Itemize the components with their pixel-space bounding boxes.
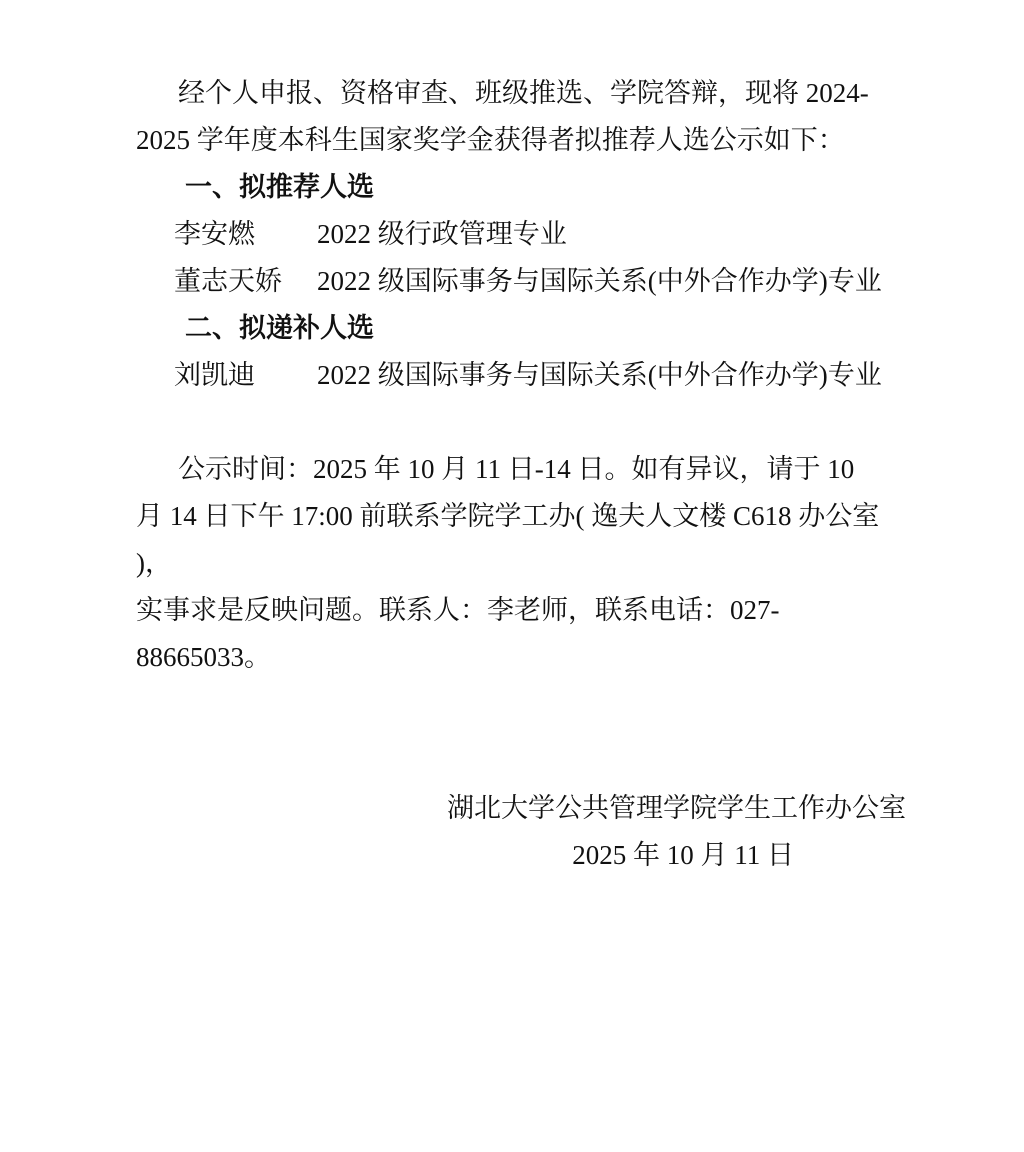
- signature-organization: 湖北大学公共管理学院学生工作办公室: [136, 785, 906, 832]
- signature-block: 湖北大学公共管理学院学生工作办公室 2025 年 10 月 11 日: [136, 785, 906, 879]
- notice-line-3: 实事求是反映问题。联系人：李老师，联系电话：027-88665033。: [136, 587, 906, 681]
- document-page: 经个人申报、资格审查、班级推选、学院答辩，现将 2024- 2025 学年度本科…: [0, 0, 1024, 1152]
- section-1-heading: 一、拟推荐人选: [136, 164, 906, 211]
- candidate-row-3: 刘凯迪 2022 级国际事务与国际关系(中外合作办学)专业: [136, 352, 906, 399]
- candidate-row-2: 董志天娇 2022 级国际事务与国际关系(中外合作办学)专业: [136, 258, 906, 305]
- blank-line: [136, 399, 906, 446]
- intro-line-2: 2025 学年度本科生国家奖学金获得者拟推荐人选公示如下：: [136, 117, 906, 164]
- blank-block: [136, 681, 906, 785]
- candidate-name: 董志天娇: [174, 258, 317, 305]
- section-2-heading: 二、拟递补人选: [136, 305, 906, 352]
- candidate-name: 李安燃: [174, 211, 317, 258]
- notice-paragraph: 公示时间：2025 年 10 月 11 日-14 日。如有异议，请于 10 月 …: [136, 446, 906, 681]
- candidate-program: 2022 级国际事务与国际关系(中外合作办学)专业: [317, 258, 906, 305]
- candidate-program: 2022 级行政管理专业: [317, 211, 906, 258]
- notice-line-1: 公示时间：2025 年 10 月 11 日-14 日。如有异议，请于 10: [136, 446, 906, 493]
- candidate-row-1: 李安燃 2022 级行政管理专业: [136, 211, 906, 258]
- candidate-program: 2022 级国际事务与国际关系(中外合作办学)专业: [317, 352, 906, 399]
- intro-line-1: 经个人申报、资格审查、班级推选、学院答辩，现将 2024-: [136, 70, 906, 117]
- notice-line-2: 月 14 日下午 17:00 前联系学院学工办( 逸夫人文楼 C618 办公室 …: [136, 493, 906, 587]
- signature-date: 2025 年 10 月 11 日: [136, 832, 794, 879]
- candidate-name: 刘凯迪: [174, 352, 317, 399]
- intro-paragraph: 经个人申报、资格审查、班级推选、学院答辩，现将 2024- 2025 学年度本科…: [136, 70, 906, 164]
